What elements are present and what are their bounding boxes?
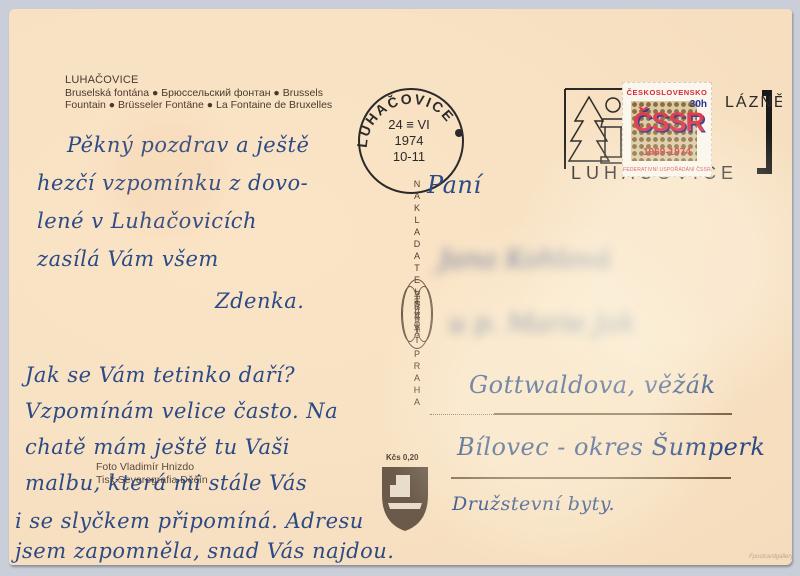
stamp-country: ČESKOSLOVENSKO (623, 88, 711, 97)
message-signature: Zdenka. (215, 289, 304, 313)
postmark-time: 10-11 (393, 149, 425, 164)
message-line: malbu, která mi stále Vás (25, 471, 307, 495)
postmark-year: 1974 (395, 133, 424, 148)
address-note: Družstevní byty. (452, 493, 615, 515)
address-line-redacted: u p. Marie Jak (449, 309, 635, 339)
message-line: chatě mám ještě tu Vaši (25, 435, 290, 459)
address-city: Bílovec - okres Šumperk (457, 433, 765, 461)
sun-icon (606, 98, 620, 112)
address-name-redacted: Jana Kohlová (439, 245, 611, 275)
postage-stamp: ČESKOSLOVENSKO 30h ČSSR 1969-1974 FEDERA… (622, 82, 712, 177)
caption-place: LUHAČOVICE (65, 74, 332, 87)
address-rule (494, 413, 732, 415)
stamp-title: ČSSR (633, 107, 704, 138)
postcard-caption: LUHAČOVICE Bruselská fontána ● Брюссельс… (65, 74, 332, 112)
watermark: Fpostcardgallery (749, 554, 792, 560)
message-line: Vzpomínám velice často. Na (25, 399, 338, 423)
message-line: Pěkný pozdrav a ještě (67, 133, 309, 157)
message-line: jsem zapomněla, snad Vás najdou. (15, 539, 394, 563)
message-line: lené v Luhačovicích (37, 209, 257, 233)
caption-line-1: Bruselská fontána ● Брюссельский фонтан … (65, 87, 332, 100)
message-line: hezčí vzpomínku z dovo- (37, 171, 308, 195)
stamp-years: 1969-1974 (623, 147, 711, 158)
postcard: LUHAČOVICE Bruselská fontána ● Брюссельс… (9, 9, 792, 565)
message-line: Jak se Vám tetinko daří? (25, 363, 295, 387)
shield-icon (376, 461, 434, 537)
pressfoto-logo: PRESSFOTO (402, 279, 432, 349)
message-line: i se slyčkem připomíná. Adresu (15, 509, 364, 533)
address-street: Gottwaldova, věžák (469, 371, 716, 399)
tree-icon (569, 97, 609, 161)
address-rule (451, 477, 731, 479)
tourism-stamp: Kčs 0,20 (376, 453, 434, 529)
slogan-top-text: LÁZNĚ (725, 92, 782, 111)
postmark-date: 24 ≡ VI (388, 117, 430, 132)
stamp-subtitle: FEDERATIVNÍ USPOŘÁDÁNÍ ČSSR (623, 167, 711, 173)
publisher-city: PRAHA (412, 349, 422, 409)
caption-line-2: Fountain ● Brüsseler Fontäne ● La Fontai… (65, 99, 332, 112)
address-salutation: Paní (427, 171, 482, 199)
message-line: zasílá Vám všem (37, 247, 219, 271)
